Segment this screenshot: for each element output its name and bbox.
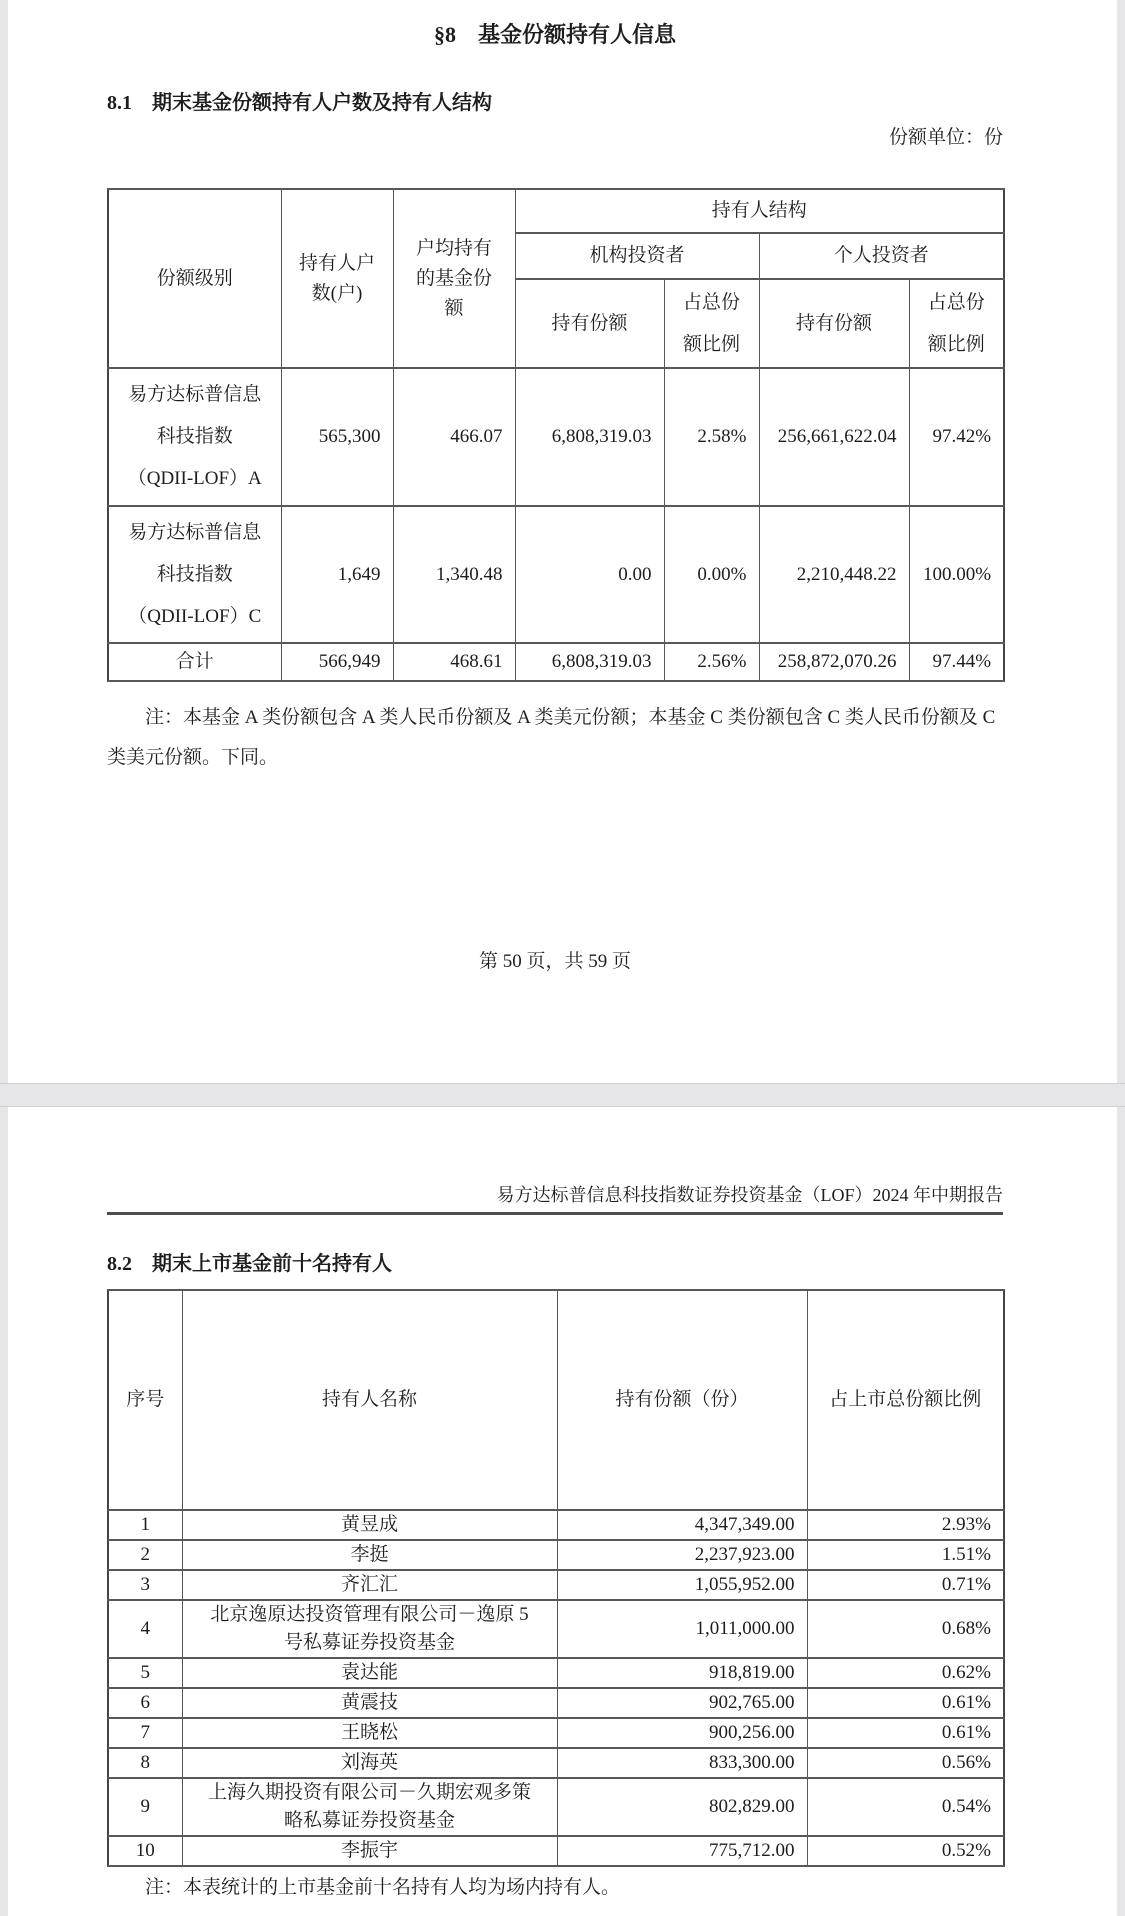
- holder-name-cell: 刘海英: [182, 1748, 557, 1778]
- table-row: 5 袁达能 918,819.00 0.62%: [108, 1658, 1004, 1688]
- pct-cell: 2.93%: [807, 1510, 1004, 1540]
- avg-shares-cell: 468.61: [393, 643, 515, 681]
- rank-cell: 4: [108, 1600, 182, 1658]
- shares-cell: 918,819.00: [557, 1658, 807, 1688]
- rank-cell: 1: [108, 1510, 182, 1540]
- holder-name-cell: 李挺: [182, 1540, 557, 1570]
- avg-shares-cell: 1,340.48: [393, 506, 515, 643]
- header-individual: 个人投资者: [759, 233, 1004, 279]
- header-rule: [107, 1212, 1003, 1215]
- share-class-cell: 易方达标普信息 科技指数 （QDII-LOF）A: [108, 368, 281, 506]
- rank-cell: 5: [108, 1658, 182, 1688]
- shares-cell: 1,055,952.00: [557, 1570, 807, 1600]
- holder-name-cell: 黄昱成: [182, 1510, 557, 1540]
- rank-cell: 9: [108, 1778, 182, 1836]
- shares-cell: 833,300.00: [557, 1748, 807, 1778]
- indiv-shares-cell: 258,872,070.26: [759, 643, 909, 681]
- total-label-cell: 合计: [108, 643, 281, 681]
- header-pct-inst: 占总份 额比例: [664, 279, 759, 368]
- table-note: 注：本基金 A 类份额包含 A 类人民币份额及 A 类美元份额；本基金 C 类份…: [107, 698, 1003, 778]
- inst-pct-cell: 2.56%: [664, 643, 759, 681]
- shares-cell: 902,765.00: [557, 1688, 807, 1718]
- page-1-content: §8 基金份额持有人信息 8.1 期末基金份额持有人户数及持有人结构 份额单位：…: [107, 20, 1003, 974]
- header-share-class: 份额级别: [108, 189, 281, 368]
- pct-cell: 0.71%: [807, 1570, 1004, 1600]
- report-running-header: 易方达标普信息科技指数证券投资基金（LOF）2024 年中期报告: [107, 1183, 1003, 1207]
- table-row: 10 李振宇 775,712.00 0.52%: [108, 1836, 1004, 1866]
- rank-cell: 10: [108, 1836, 182, 1866]
- table-row: 1 黄昱成 4,347,349.00 2.93%: [108, 1510, 1004, 1540]
- pct-cell: 0.56%: [807, 1748, 1004, 1778]
- page-2: 易方达标普信息科技指数证券投资基金（LOF）2024 年中期报告 8.2 期末上…: [8, 1107, 1117, 1916]
- rank-cell: 7: [108, 1718, 182, 1748]
- pct-cell: 0.52%: [807, 1836, 1004, 1866]
- holder-count-cell: 1,649: [281, 506, 393, 643]
- indiv-pct-cell: 97.42%: [909, 368, 1004, 506]
- header-shares: 持有份额（份）: [557, 1290, 807, 1510]
- table-header-row: 序号 持有人名称 持有份额（份） 占上市总份额比例: [108, 1290, 1004, 1510]
- shares-cell: 4,347,349.00: [557, 1510, 807, 1540]
- inst-pct-cell: 2.58%: [664, 368, 759, 506]
- holder-count-cell: 565,300: [281, 368, 393, 506]
- holder-name-cell: 袁达能: [182, 1658, 557, 1688]
- unit-label: 份额单位：份: [107, 126, 1003, 150]
- header-pct-indiv: 占总份 额比例: [909, 279, 1004, 368]
- table-row: 2 李挺 2,237,923.00 1.51%: [108, 1540, 1004, 1570]
- page-separator: [0, 1083, 1125, 1107]
- pdf-viewer: §8 基金份额持有人信息 8.1 期末基金份额持有人户数及持有人结构 份额单位：…: [0, 0, 1125, 1916]
- header-shares-held-inst: 持有份额: [515, 279, 664, 368]
- holder-count-cell: 566,949: [281, 643, 393, 681]
- pct-cell: 0.68%: [807, 1600, 1004, 1658]
- share-class-cell: 易方达标普信息 科技指数 （QDII-LOF）C: [108, 506, 281, 643]
- top-holders-table: 序号 持有人名称 持有份额（份） 占上市总份额比例 1 黄昱成 4,347,34…: [107, 1289, 1005, 1867]
- table-row: 易方达标普信息 科技指数 （QDII-LOF）A 565,300 466.07 …: [108, 368, 1004, 506]
- table-row: 6 黄震技 902,765.00 0.61%: [108, 1688, 1004, 1718]
- shares-cell: 2,237,923.00: [557, 1540, 807, 1570]
- header-holder-structure: 持有人结构: [515, 189, 1004, 233]
- table-row: 9 上海久期投资有限公司－久期宏观多策 略私募证券投资基金 802,829.00…: [108, 1778, 1004, 1836]
- indiv-pct-cell: 97.44%: [909, 643, 1004, 681]
- table-row: 7 王晓松 900,256.00 0.61%: [108, 1718, 1004, 1748]
- inst-pct-cell: 0.00%: [664, 506, 759, 643]
- indiv-shares-cell: 256,661,622.04: [759, 368, 909, 506]
- inst-shares-cell: 6,808,319.03: [515, 643, 664, 681]
- pct-cell: 0.61%: [807, 1688, 1004, 1718]
- table-total-row: 合计 566,949 468.61 6,808,319.03 2.56% 258…: [108, 643, 1004, 681]
- shares-cell: 900,256.00: [557, 1718, 807, 1748]
- header-holder-count: 持有人户 数(户): [281, 189, 393, 368]
- table-header-row: 份额级别 持有人户 数(户) 户均持有 的基金份 额 持有人结构: [108, 189, 1004, 233]
- inst-shares-cell: 6,808,319.03: [515, 368, 664, 506]
- table-row: 8 刘海英 833,300.00 0.56%: [108, 1748, 1004, 1778]
- rank-cell: 2: [108, 1540, 182, 1570]
- holder-name-cell: 李振宇: [182, 1836, 557, 1866]
- shares-cell: 775,712.00: [557, 1836, 807, 1866]
- table-row: 3 齐汇汇 1,055,952.00 0.71%: [108, 1570, 1004, 1600]
- pct-cell: 1.51%: [807, 1540, 1004, 1570]
- page-number: 第 50 页，共 59 页: [107, 950, 1003, 974]
- shares-cell: 802,829.00: [557, 1778, 807, 1836]
- header-pct: 占上市总份额比例: [807, 1290, 1004, 1510]
- holder-name-cell: 黄震技: [182, 1688, 557, 1718]
- inst-shares-cell: 0.00: [515, 506, 664, 643]
- header-holder-name: 持有人名称: [182, 1290, 557, 1510]
- pct-cell: 0.62%: [807, 1658, 1004, 1688]
- avg-shares-cell: 466.07: [393, 368, 515, 506]
- table-row: 4 北京逸原达投资管理有限公司－逸原 5 号私募证券投资基金 1,011,000…: [108, 1600, 1004, 1658]
- rank-cell: 3: [108, 1570, 182, 1600]
- holder-name-cell: 上海久期投资有限公司－久期宏观多策 略私募证券投资基金: [182, 1778, 557, 1836]
- holder-name-cell: 王晓松: [182, 1718, 557, 1748]
- header-shares-held-indiv: 持有份额: [759, 279, 909, 368]
- table-note: 注：本表统计的上市基金前十名持有人均为场内持有人。: [107, 1875, 1003, 1901]
- rank-cell: 8: [108, 1748, 182, 1778]
- table-row: 易方达标普信息 科技指数 （QDII-LOF）C 1,649 1,340.48 …: [108, 506, 1004, 643]
- header-avg-shares: 户均持有 的基金份 额: [393, 189, 515, 368]
- chapter-title: §8 基金份额持有人信息: [107, 20, 1003, 50]
- header-institutional: 机构投资者: [515, 233, 759, 279]
- header-rank: 序号: [108, 1290, 182, 1510]
- holder-name-cell: 北京逸原达投资管理有限公司－逸原 5 号私募证券投资基金: [182, 1600, 557, 1658]
- indiv-pct-cell: 100.00%: [909, 506, 1004, 643]
- page-2-content: 易方达标普信息科技指数证券投资基金（LOF）2024 年中期报告 8.2 期末上…: [107, 1183, 1003, 1901]
- indiv-shares-cell: 2,210,448.22: [759, 506, 909, 643]
- pct-cell: 0.54%: [807, 1778, 1004, 1836]
- pct-cell: 0.61%: [807, 1718, 1004, 1748]
- page-1: §8 基金份额持有人信息 8.1 期末基金份额持有人户数及持有人结构 份额单位：…: [8, 0, 1117, 1083]
- shares-cell: 1,011,000.00: [557, 1600, 807, 1658]
- holder-structure-table: 份额级别 持有人户 数(户) 户均持有 的基金份 额 持有人结构 机构投资者 个…: [107, 188, 1005, 682]
- section-8-1-heading: 8.1 期末基金份额持有人户数及持有人结构: [107, 90, 1003, 116]
- rank-cell: 6: [108, 1688, 182, 1718]
- section-8-2-heading: 8.2 期末上市基金前十名持有人: [107, 1251, 1003, 1277]
- holder-name-cell: 齐汇汇: [182, 1570, 557, 1600]
